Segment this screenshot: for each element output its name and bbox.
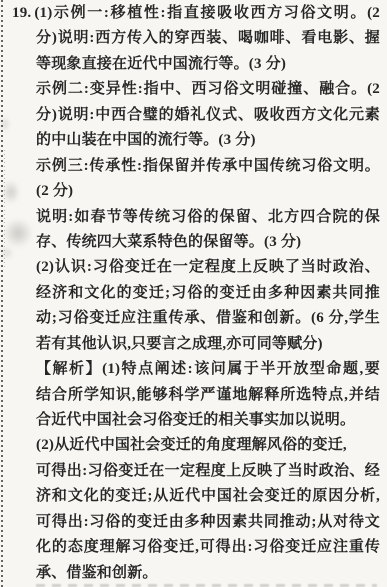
- page-edge-perforation: [1, 0, 3, 587]
- text-line: 说明:如春节等传统习俗的保留、北方四合院的保: [12, 205, 380, 230]
- text-line: 化的态度理解习俗变迁,可得出:习俗变迁应注重传: [12, 535, 380, 560]
- text-line: 济和文化的变迁;从近代中国社会变迁的原因分析,: [12, 484, 380, 509]
- text-line: 动;习俗变迁应注重传承、借鉴和创新。(6 分,学生: [12, 306, 380, 331]
- text-line: 【解析】(1)特点阐述:该问属于半开放型命题,要: [12, 357, 380, 382]
- scan-smudge: [0, 116, 10, 132]
- text-line: 可得出:习俗变迁在一定程度上反映了当时政治、经: [12, 459, 380, 484]
- question-number: 19.: [12, 5, 34, 21]
- scanned-answer-page: 19.(1)示例一:移植性:指直接吸收西方习俗文明。(2 分)说明:西方传入的穿…: [0, 0, 387, 587]
- text-line: 经济和文化的变迁;习俗的变迁由多种因素共同推: [12, 281, 380, 306]
- text-line: 结合所学知识,能够科学严谨地解释所选特点,并结: [12, 383, 380, 408]
- text-line-content: (1)特点阐述:该问属于半开放型命题,要: [102, 361, 380, 377]
- text-line: 的中山装在中国的流行等。(3 分): [12, 128, 380, 153]
- text-line: 示例二:变异性:指中、西习俗文明碰撞、融合。(2: [12, 77, 380, 102]
- text-line: 存、传统四大菜系特色的保留等。(3 分): [12, 230, 380, 255]
- text-line: (2)从近代中国社会变迁的角度理解风俗的变迁,: [12, 433, 380, 458]
- text-line: 19.(1)示例一:移植性:指直接吸收西方习俗文明。(2: [12, 1, 380, 26]
- answer-text-block: 19.(1)示例一:移植性:指直接吸收西方习俗文明。(2 分)说明:西方传入的穿…: [12, 1, 380, 586]
- text-line: 合近代中国社会习俗变迁的相关事实加以说明。: [12, 408, 380, 433]
- text-line: 若有其他认识,只要言之成理,亦可同等赋分): [12, 332, 380, 357]
- text-line: 等现象直接在近代中国流行等。(3 分): [12, 52, 380, 77]
- text-line: 可得出:习俗的变迁由多种因素共同推动;从对待文: [12, 510, 380, 535]
- text-line-content: (1)示例一:移植性:指直接吸收西方习俗文明。(2: [34, 5, 380, 21]
- text-line: 示例三:传承性:指保留并传承中国传统习俗文明。: [12, 154, 380, 179]
- text-line: (2)认识:习俗变迁在一定程度上反映了当时政治、: [12, 255, 380, 280]
- analysis-label: 【解析】: [36, 361, 102, 377]
- text-line: 承、借鉴和创新。: [12, 561, 380, 586]
- text-line: (2 分): [12, 179, 380, 204]
- text-line: 分)说明:西方传入的穿西装、喝咖啡、看电影、握手: [12, 26, 380, 51]
- text-line: 分)说明:中西合璧的婚礼仪式、吸收西方文化元素: [12, 103, 380, 128]
